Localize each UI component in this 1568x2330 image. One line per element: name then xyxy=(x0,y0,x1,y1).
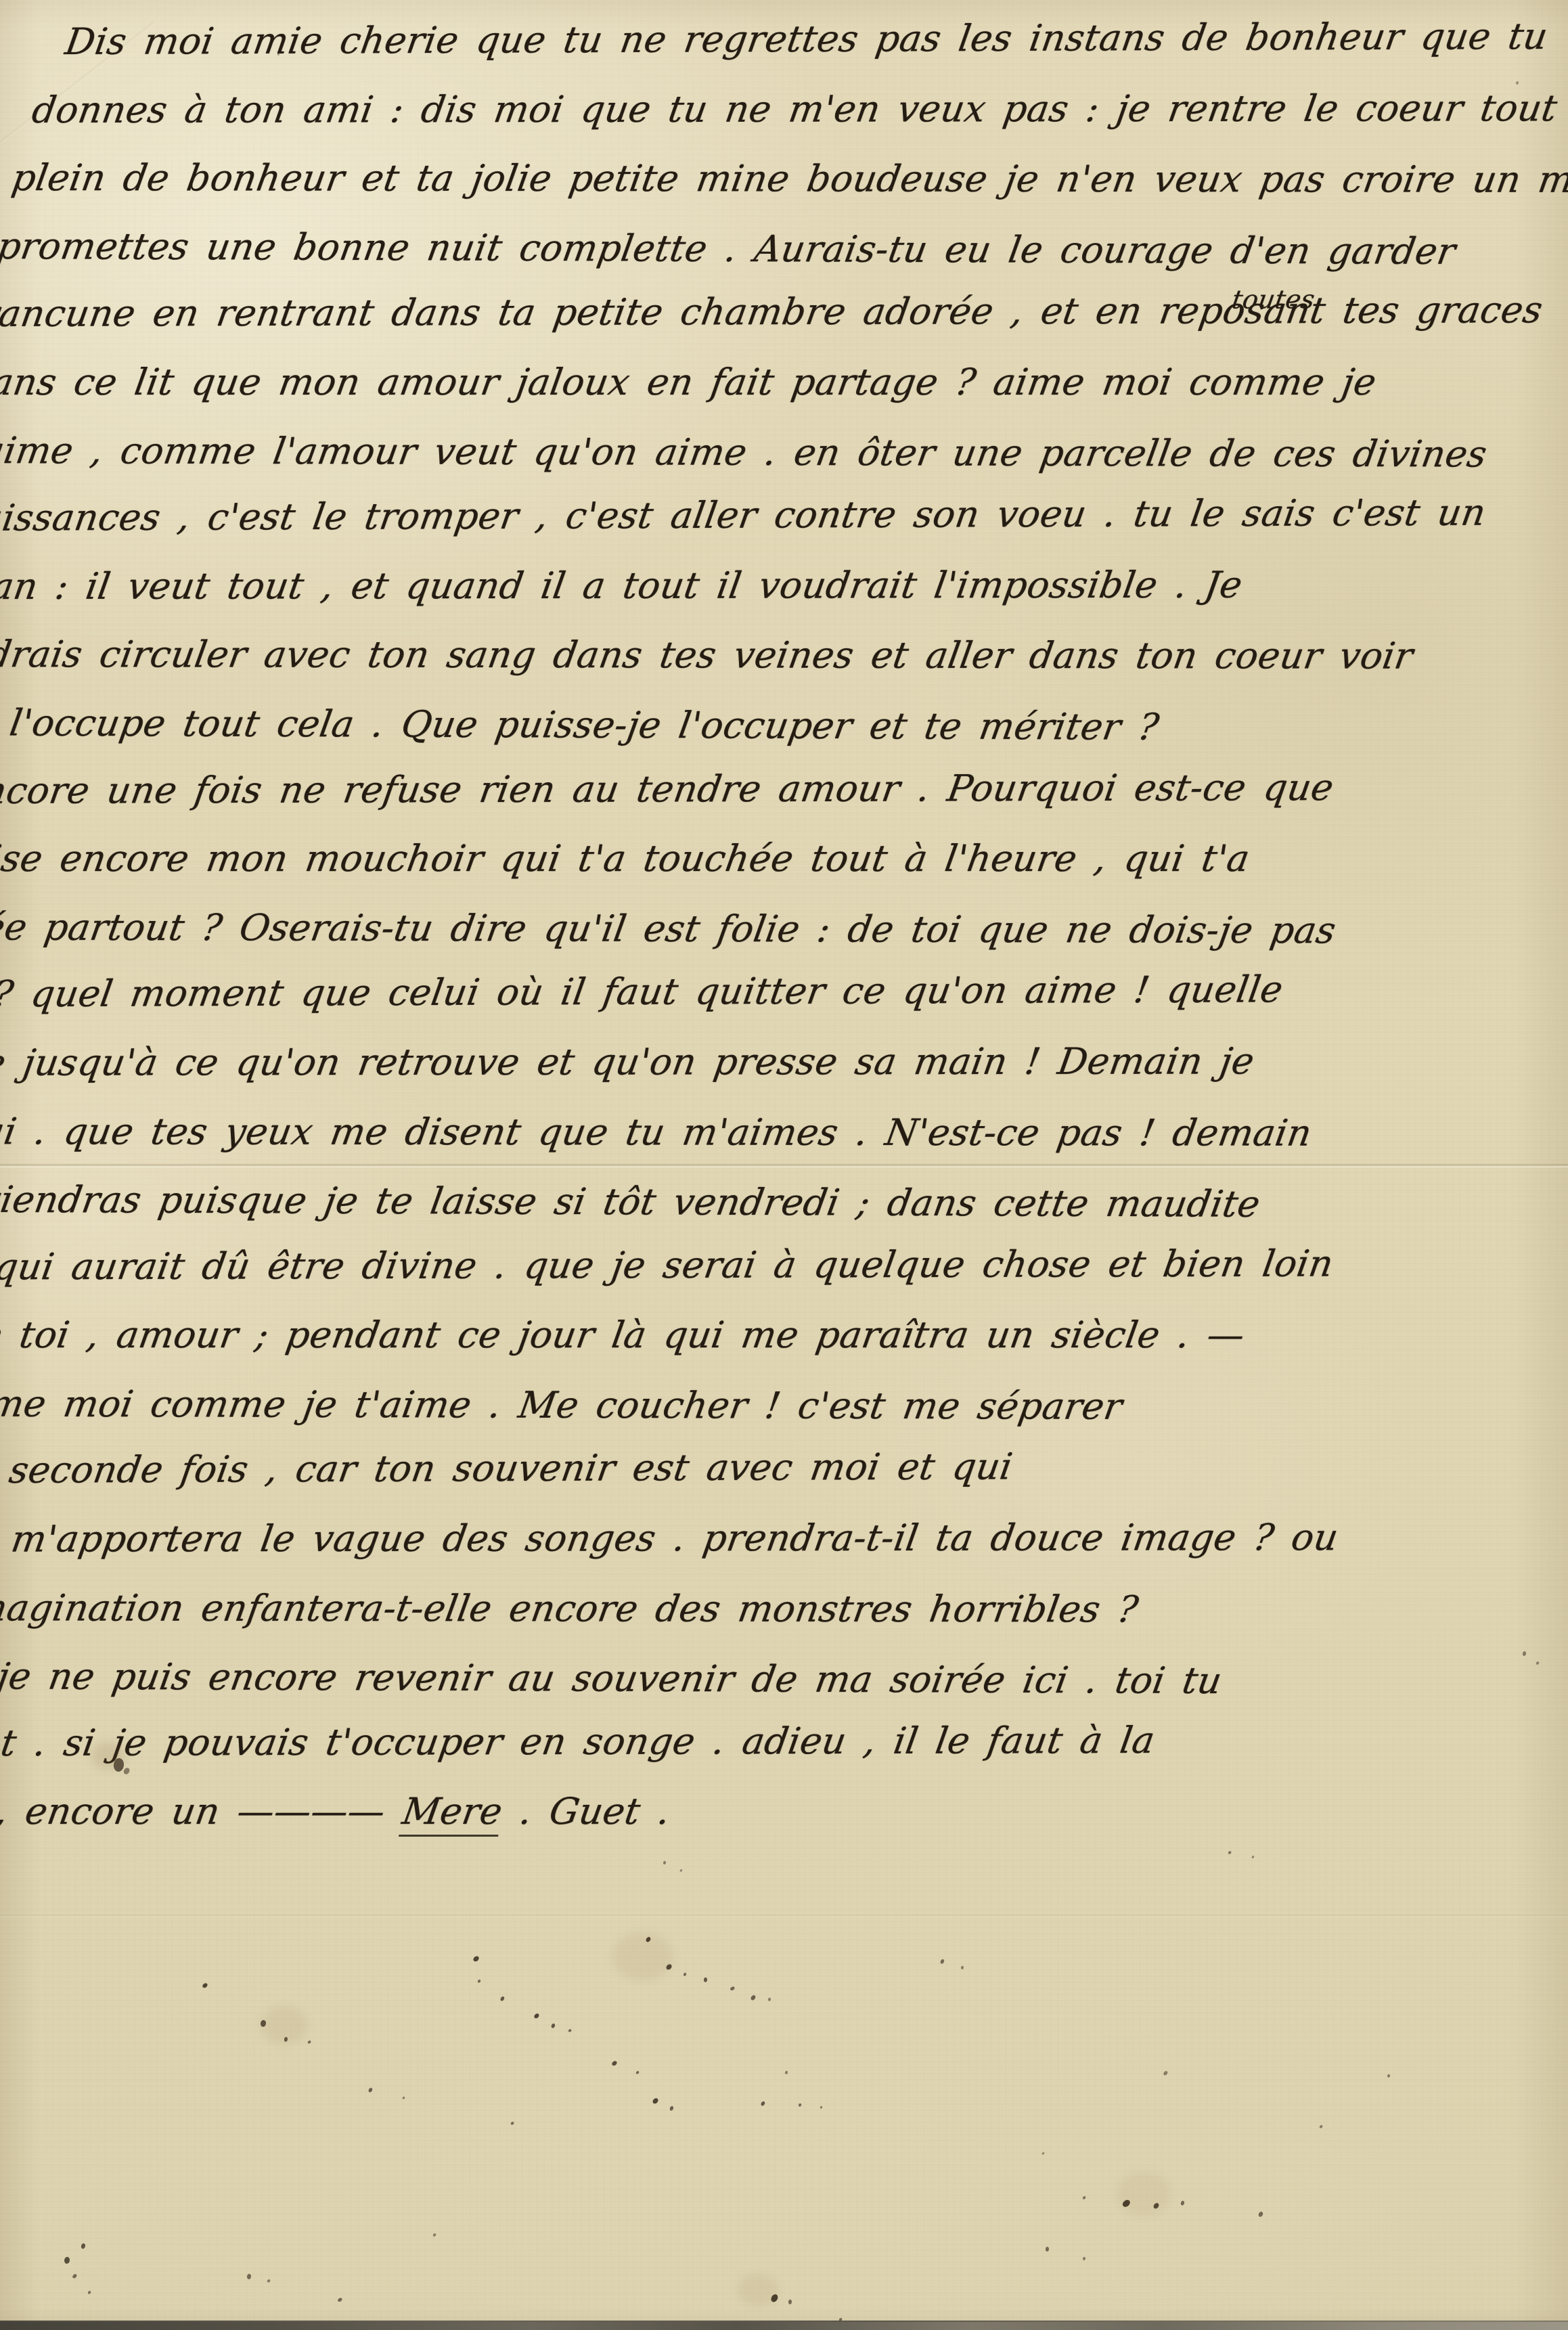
paper-stain xyxy=(91,1743,125,1770)
letter-line-11: si je l'occupe tout cela . Que puisse-je… xyxy=(0,689,1460,763)
letter-line-18: soir tu viendras puisque je te laisse si… xyxy=(0,1165,1384,1239)
letter-line-22: de toi une seconde fois , car ton souven… xyxy=(0,1432,1343,1506)
letter-line-21: Adieu , aime moi comme je t'aime . Me co… xyxy=(0,1370,1352,1441)
letter-line-26: dors pourtant . si je pouvais t'occuper … xyxy=(0,1706,1299,1778)
letter-line-24: ma triste imagination enfantera-t-elle e… xyxy=(0,1574,1320,1644)
ink-speck xyxy=(788,2300,792,2304)
letter-line-6: dans ce lit que mon amour jaloux en fait… xyxy=(0,349,1514,417)
letter-line-25: Il est tard : je ne puis encore revenir … xyxy=(0,1642,1308,1716)
letter-line-9: tyran : il veut tout , et quand il a tou… xyxy=(0,551,1482,621)
letter-line-10: voudrais circuler avec ton sang dans tes… xyxy=(0,621,1471,690)
letter-line-7: t'aime , comme l'amour veut qu'on aime .… xyxy=(0,417,1503,489)
line-segment: fin — amour , encore un ———— xyxy=(0,1790,406,1833)
paper-stain xyxy=(612,1932,673,1981)
letter-line-2: donnes à ton ami : dis moi que tu ne m'e… xyxy=(27,74,1557,144)
interlinear-insertion: toutes xyxy=(1230,287,1317,313)
letter-line-19: semaine qui aurait dû être divine . que … xyxy=(0,1230,1374,1301)
letter-line-8: jouissances , c'est le tromper , c'est a… xyxy=(0,479,1494,553)
letter-line-17: te verrai . que tes yeux me disent que t… xyxy=(0,1098,1395,1167)
letter-line-20: encore de toi , amour ; pendant ce jour … xyxy=(0,1301,1363,1370)
line-segment: . Guet . xyxy=(499,1790,673,1833)
letter-line-13: je baise encore mon mouchoir qui t'a tou… xyxy=(0,825,1439,893)
paper-stain xyxy=(1117,2172,1171,2216)
letter-line-15: aimer ? quel moment que celui où il faut… xyxy=(0,956,1418,1029)
paper-stain xyxy=(738,2274,778,2306)
letter-line-27: fin — amour , encore un ———— Mere . Guet… xyxy=(0,1778,1288,1846)
ink-speck xyxy=(704,1977,707,1982)
scan-bottom-edge xyxy=(0,2322,1568,2330)
letter-line-5: rancune en rentrant dans ta petite chamb… xyxy=(0,277,1525,349)
ink-speck xyxy=(1046,2247,1050,2251)
signature-name: Mere xyxy=(399,1790,506,1837)
letter-line-12: Encore une fois ne refuse rien au tendre… xyxy=(0,753,1450,825)
paper-stain xyxy=(261,2007,308,2044)
letter-line-16: solitude jusqu'à ce qu'on retrouve et qu… xyxy=(0,1027,1406,1097)
letter-line-14: touchée partout ? Oserais-tu dire qu'il … xyxy=(0,893,1427,965)
letter-line-1: Dis moi amie cherie que tu ne regrettes … xyxy=(60,3,1568,76)
paper-fold-crease-faint xyxy=(0,1914,1568,1918)
letter-line-3: plein de bonheur et ta jolie petite mine… xyxy=(7,144,1546,214)
letter-line-4: promettes une bonne nuit complette . Aur… xyxy=(0,212,1535,286)
letter-line-23: sait ce que m'apportera le vague des son… xyxy=(0,1504,1331,1573)
